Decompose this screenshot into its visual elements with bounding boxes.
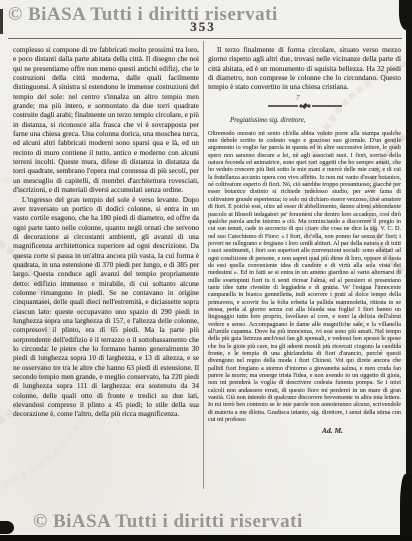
letter-body: Oltremodo onorato mi sento ch'ella abbia… [208, 130, 401, 424]
letter-salutation: Pregiatissimo sig. direttore, [230, 117, 401, 124]
letter-signature: Ad. M. [208, 426, 343, 435]
header-rule [8, 38, 402, 39]
right-column-paragraph-1: Il terzo finalmente di forma circolare, … [208, 45, 401, 92]
scan-edge-mark-top-left [0, 9, 3, 34]
right-column: Il terzo finalmente di forma circolare, … [208, 45, 401, 435]
column-divider-rule [203, 41, 204, 489]
page-number: 353 [0, 19, 406, 35]
left-column-paragraph-2: L'ingresso del gran tempio del sole è ve… [13, 195, 199, 419]
scan-edge-blob-bottom-left [0, 521, 14, 534]
section-divider-ornament [208, 102, 401, 112]
left-column: complesso si compone di tre fabbricati m… [13, 45, 199, 419]
divider-rule-icon [268, 102, 342, 110]
watermark-bottom: © BiASA Tutti i diritti riservati [33, 511, 303, 533]
left-column-paragraph-1: complesso si compone di tre fabbricati m… [13, 45, 199, 195]
press-mark: 7 [296, 95, 401, 101]
scan-edge-blob-top-right [399, 0, 412, 30]
scan-edge-blob-bottom-right [400, 474, 412, 541]
scan-edge-bottom [0, 535, 412, 541]
scan-edge-right [406, 0, 412, 541]
scanned-journal-page: © BiASA Tutti i diritti riservati 353 co… [0, 0, 412, 541]
